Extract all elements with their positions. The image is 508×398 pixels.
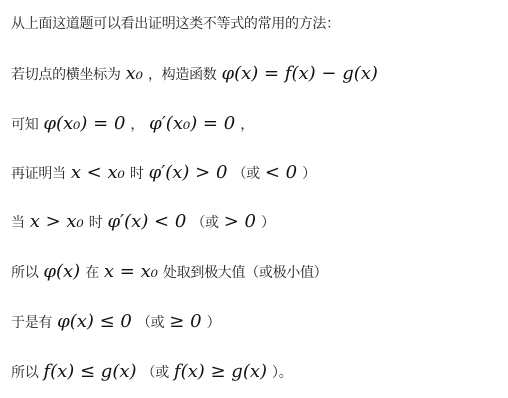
text: （或 <box>232 166 259 182</box>
math-phi-le-zero: φ(x) ≤ 0 <box>57 311 132 332</box>
text: ，构造函数 <box>148 67 217 83</box>
math-f-ge-g: f(x) ≥ g(x) <box>174 361 267 382</box>
math-alt: ≥ 0 <box>169 311 201 332</box>
text: 可知 <box>11 117 38 133</box>
text: 处取到极大值（或极小值） <box>163 265 327 281</box>
line-construct-function: 若切点的横坐标为x₀，构造函数φ(x) = f(x) − g(x) <box>11 59 383 89</box>
math-x-equals-x0: x = x₀ <box>104 261 158 282</box>
text: 时 <box>89 215 103 231</box>
math-phi-x0: φ(x₀) = 0 <box>43 113 125 134</box>
line-intro: 从上面这道题可以看出证明这类不等式的常用的方法： <box>11 9 340 39</box>
text: 于是有 <box>11 315 52 331</box>
text: （或 <box>191 215 218 231</box>
text: ， <box>240 117 254 133</box>
math-derivative-positive: φ′(x) > 0 <box>149 162 228 183</box>
line-left-monotonic: 再证明当x < x₀时φ′(x) > 0（或< 0） <box>11 158 316 188</box>
text: 若切点的横坐标为 <box>11 67 121 83</box>
math-phi: φ(x) <box>43 261 80 282</box>
text: 在 <box>85 265 99 281</box>
text: （或 <box>142 365 169 381</box>
text: 当 <box>11 215 25 231</box>
line-phi-bound: 于是有φ(x) ≤ 0（或≥ 0） <box>11 307 220 337</box>
math-phi-definition: φ(x) = f(x) − g(x) <box>221 63 377 84</box>
line-right-monotonic: 当x > x₀时φ′(x) < 0（或> 0） <box>11 207 275 237</box>
text: 所以 <box>11 265 38 281</box>
line-conclusion: 所以f(x) ≤ g(x)（或f(x) ≥ g(x)）。 <box>11 357 292 387</box>
line-known-values: 可知φ(x₀) = 0，φ′(x₀) = 0， <box>11 109 254 139</box>
text: 时 <box>130 166 144 182</box>
math-f-le-g: f(x) ≤ g(x) <box>43 361 136 382</box>
text: ） <box>302 166 316 182</box>
text: 再证明当 <box>11 166 66 182</box>
intro-text: 从上面这道题可以看出证明这类不等式的常用的方法： <box>11 16 340 32</box>
line-extremum: 所以φ(x)在x = x₀处取到极大值（或极小值） <box>11 257 327 287</box>
text: 所以 <box>11 365 38 381</box>
math-x0: x₀ <box>126 63 143 84</box>
text: ， <box>130 117 144 133</box>
text: ） <box>261 215 275 231</box>
math-phi-prime-x0: φ′(x₀) = 0 <box>149 113 235 134</box>
text: ） <box>207 315 221 331</box>
math-alt: < 0 <box>265 162 297 183</box>
text: ）。 <box>272 365 292 381</box>
math-x-greater-x0: x > x₀ <box>30 211 84 232</box>
math-x-less-x0: x < x₀ <box>71 162 125 183</box>
math-derivative-negative: φ′(x) < 0 <box>107 211 186 232</box>
math-alt: > 0 <box>224 211 256 232</box>
text: （或 <box>137 315 164 331</box>
